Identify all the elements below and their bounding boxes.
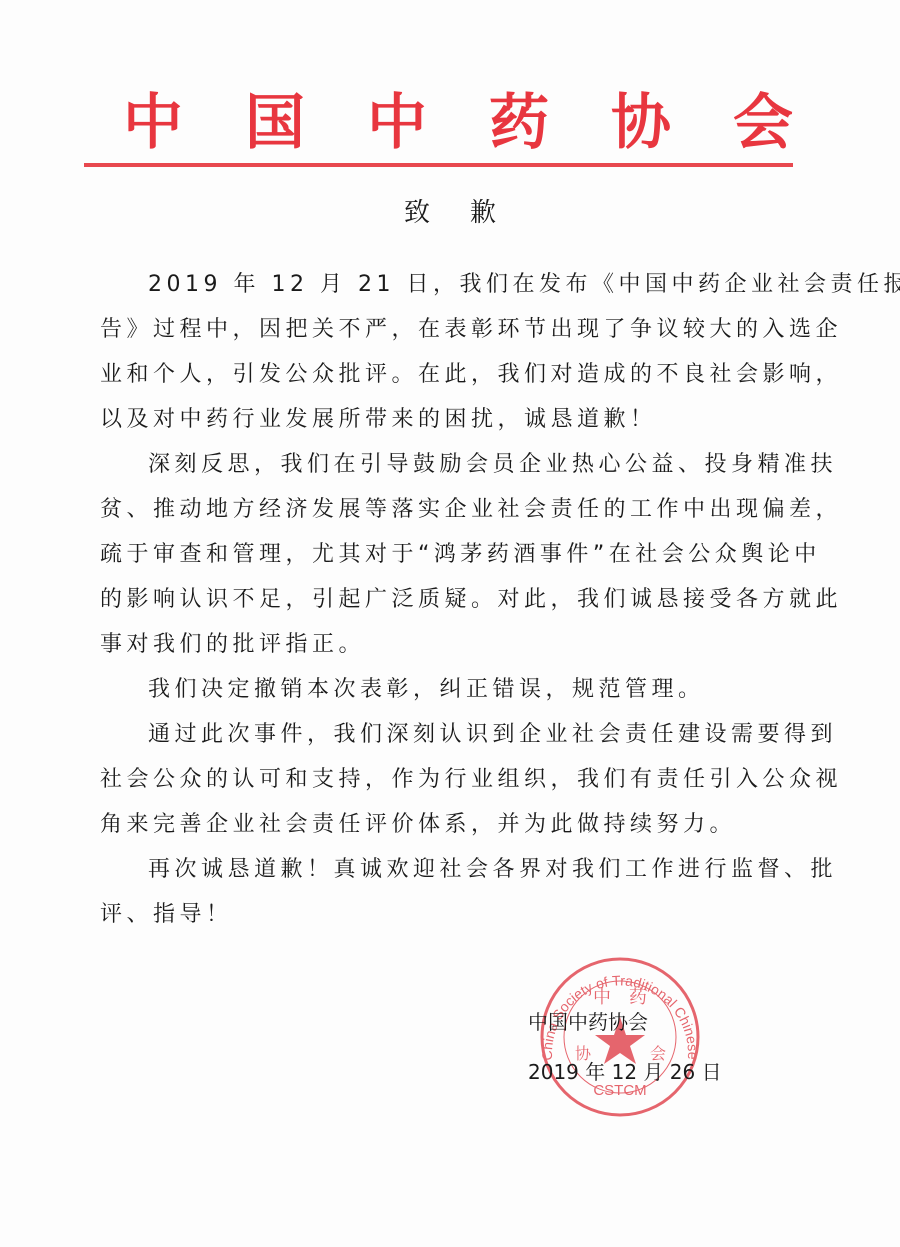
body-line: 角来完善企业社会责任评价体系，并为此做持续努力。 [100,802,780,847]
body-line: 评、指导！ [100,892,780,937]
letterhead-char: 会 [728,88,798,158]
letterhead-char: 国 [240,88,310,158]
body-line: 的影响认识不足，引起广泛质疑。对此，我们诚恳接受各方就此 [100,577,780,622]
body-line: 疏于审查和管理，尤其对于“鸿茅药酒事件”在社会公众舆论中 [100,532,780,577]
letterhead-char: 中 [362,88,432,158]
body-line: 贫、推动地方经济发展等落实企业社会责任的工作中出现偏差， [100,487,780,532]
body-line: 通过此次事件，我们深刻认识到企业社会责任建设需要得到 [100,712,780,757]
letterhead-char: 中 [118,88,188,158]
body-line: 告》过程中，因把关不严，在表彰环节出现了争议较大的入选企 [100,307,780,352]
seal-char: 中 [593,987,611,1008]
body-line: 以及对中药行业发展所带来的困扰，诚恳道歉！ [100,397,780,442]
official-seal-icon: China Society of Traditional Chinese Med… [525,955,715,1120]
body-line: 深刻反思，我们在引导鼓励会员企业热心公益、投身精准扶 [100,442,780,487]
body-line: 2019 年 12 月 21 日，我们在发布《中国中药企业社会责任报 [100,262,780,307]
letterhead-char: 药 [484,88,554,158]
letterhead-divider [84,163,793,167]
body-line: 事对我们的批评指正。 [100,622,780,667]
letterhead-char: 协 [606,88,676,158]
body-line: 再次诚恳道歉！真诚欢迎社会各界对我们工作进行监督、批 [100,847,780,892]
letterhead-org-name: 中 国 中 药 协 会 [118,88,798,158]
body-line: 我们决定撤销本次表彰，纠正错误，规范管理。 [100,667,780,712]
letter-body: 2019 年 12 月 21 日，我们在发布《中国中药企业社会责任报 告》过程中… [100,262,780,937]
seal-char: 药 [629,987,647,1008]
body-line: 社会公众的认可和支持，作为行业组织，我们有责任引入公众视 [100,757,780,802]
signature-org: 中国中药协会 [528,1008,648,1036]
document-title: 致歉 [0,195,900,231]
body-line: 业和个人，引发公众批评。在此，我们对造成的不良社会影响， [100,352,780,397]
signature-date: 2019 年 12 月 26 日 [528,1058,722,1086]
